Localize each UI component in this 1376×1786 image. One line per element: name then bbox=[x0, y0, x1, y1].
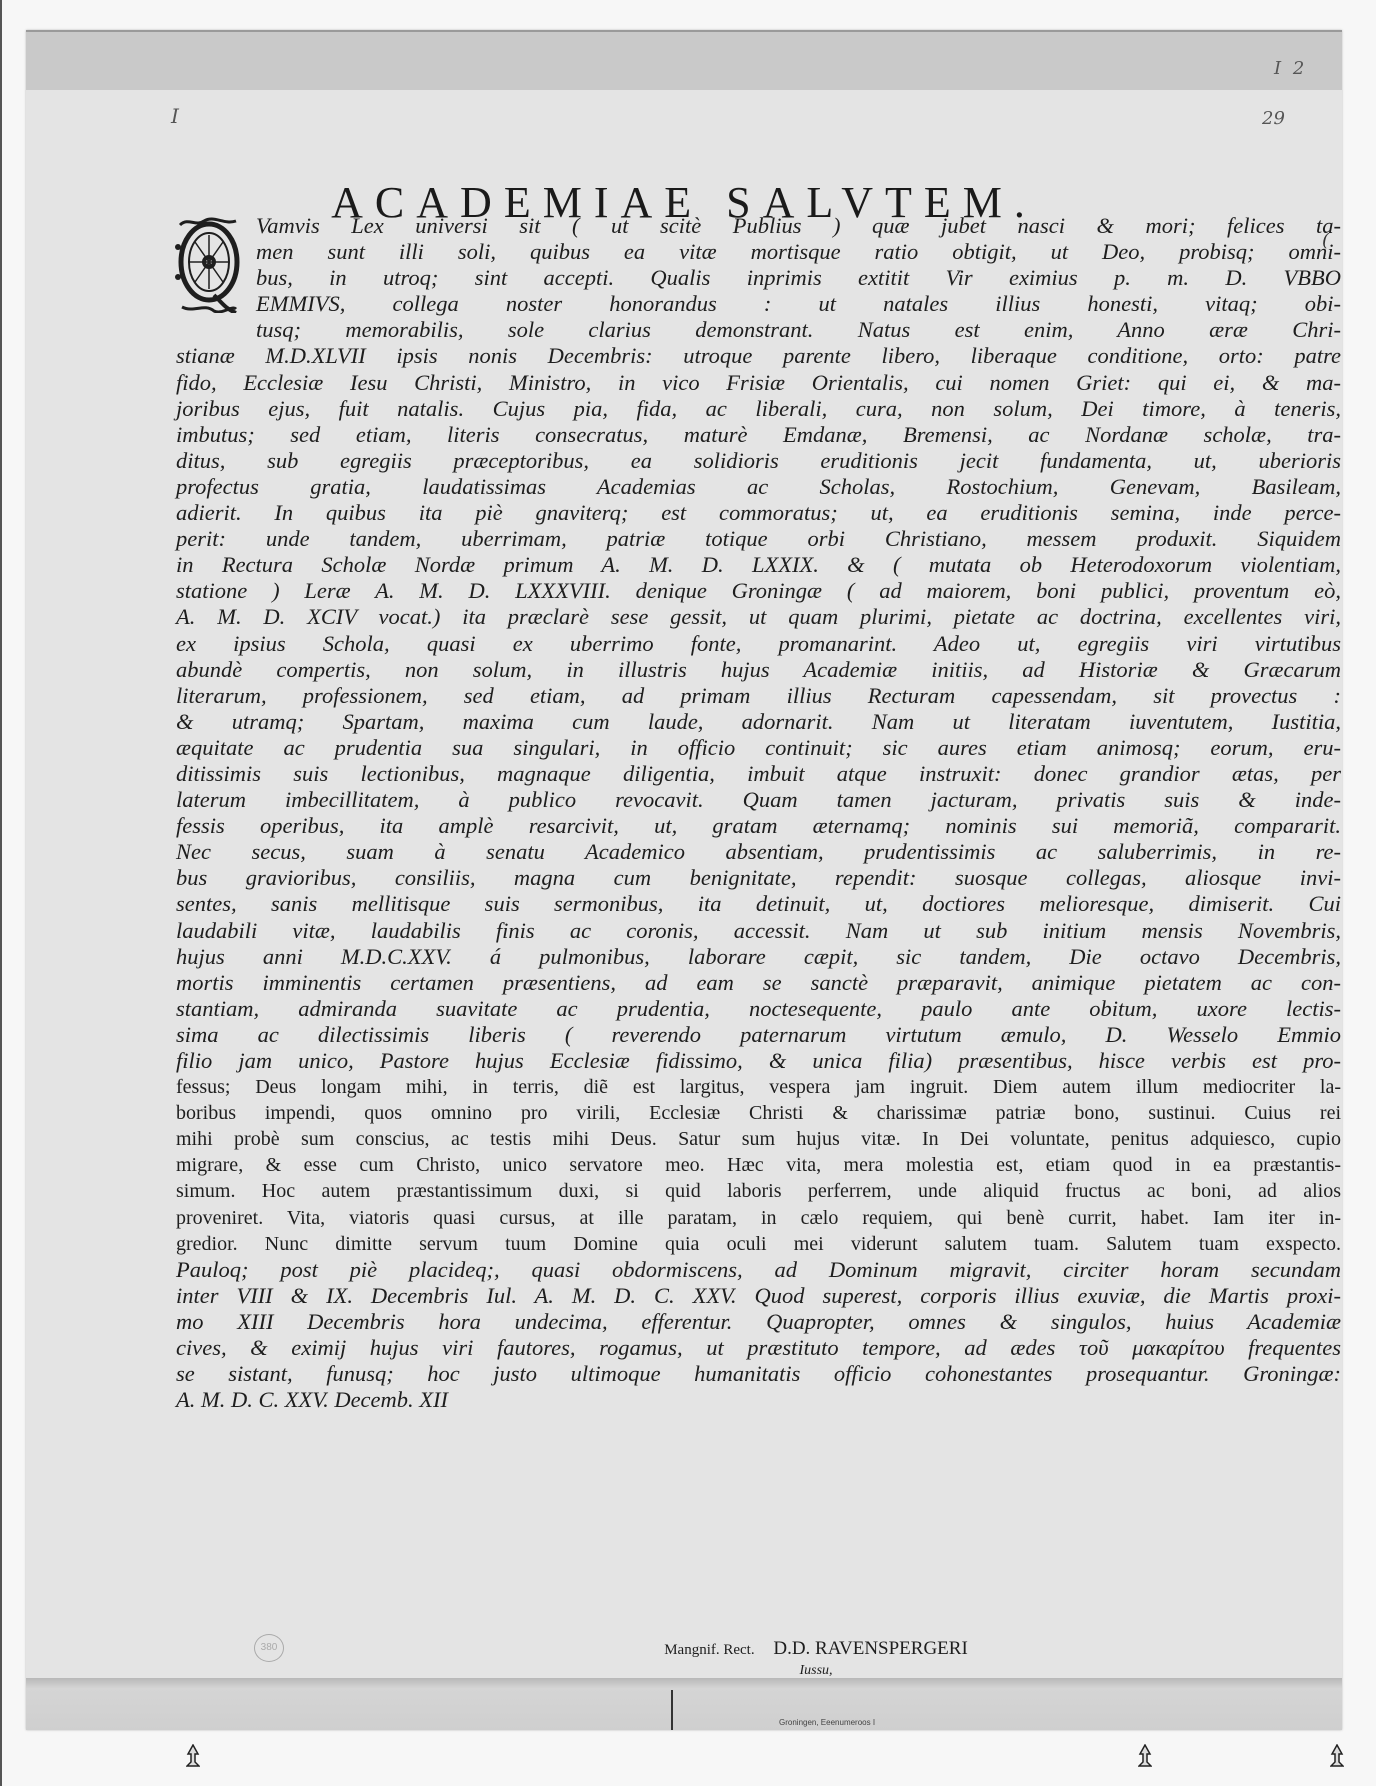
text-line: joribus ejus, fuit natalis. Cujus pia, f… bbox=[176, 396, 1341, 422]
text-line: stianæ M.D.XLVII ipsis nonis Decembris: … bbox=[176, 343, 1341, 369]
text-line: sima ac dilectissimis liberis ( reverend… bbox=[176, 1022, 1341, 1048]
text-line: EMMIVS, collega noster honorandus : ut n… bbox=[176, 291, 1341, 317]
ornamental-dropcap-icon bbox=[174, 217, 240, 313]
text-line-quote: mihi probè sum conscius, ac testis mihi … bbox=[176, 1126, 1341, 1152]
signature-prefix: Mangnif. Rect. bbox=[664, 1642, 754, 1658]
text-line: A. M. D. XCIV vocat.) ita præclarè sese … bbox=[176, 604, 1341, 630]
document-body: Vamvis Lex universi sit ( ut scitè Publi… bbox=[176, 213, 1341, 1413]
text-line: se sistant, funusq; hoc justo ultimoque … bbox=[176, 1361, 1341, 1387]
text-line-quote: simum. Hoc autem præstantissimum duxi, s… bbox=[176, 1178, 1341, 1204]
text-line: ditus, sub egregiis præceptoribus, ea so… bbox=[176, 448, 1341, 474]
scanner-pin-icon bbox=[1138, 1744, 1152, 1768]
text-line: tusq; memorabilis, sole clarius demonstr… bbox=[176, 317, 1341, 343]
archive-stamp: 380 bbox=[254, 1634, 284, 1662]
scanner-pin-icon bbox=[186, 1744, 200, 1768]
text-line: sentes, sanis mellitisque suis sermonibu… bbox=[176, 891, 1341, 917]
text-line-quote: migrare, & esse cum Christo, unico serva… bbox=[176, 1152, 1341, 1178]
signature-rector: D.D. RAVENSPERGERI bbox=[773, 1638, 967, 1659]
text-line: æquitate ac prudentia sua singulari, in … bbox=[176, 735, 1341, 761]
text-line: bus gravioribus, consiliis, magna cum be… bbox=[176, 865, 1341, 891]
text-line: profectus gratia, laudatissimas Academia… bbox=[176, 474, 1341, 500]
text-line: men sunt illi soli, quibus ea vitæ morti… bbox=[176, 239, 1341, 265]
text-line: abundè compertis, non solum, in illustri… bbox=[176, 657, 1341, 683]
text-line: perit: unde tandem, uberrimam, patriæ to… bbox=[176, 526, 1341, 552]
text-line: hujus anni M.D.C.XXV. á pulmonibus, labo… bbox=[176, 944, 1341, 970]
text-line: ditissimis suis lectionibus, magnaque di… bbox=[176, 761, 1341, 787]
text-line: statione ) Leræ A. M. D. LXXXVIII. deniq… bbox=[176, 578, 1341, 604]
text-line: inter VIII & IX. Decembris Iul. A. M. D.… bbox=[176, 1283, 1341, 1309]
text-line: ex ipsius Schola, quasi ex uberrimo font… bbox=[176, 631, 1341, 657]
text-line-date: A. M. D. C. XXV. Decemb. XII bbox=[176, 1387, 1341, 1413]
text-line-quote: boribus impendi, quos omnino pro virili,… bbox=[176, 1100, 1341, 1126]
text-line: cives, & eximij hujus viri fautores, rog… bbox=[176, 1335, 1341, 1361]
document-sheet: I I 2 29 ( ACADEMIAE SALVTEM. Vamvis Lex… bbox=[26, 30, 1342, 1730]
scan-left-edge bbox=[0, 0, 2, 1786]
text-line: laterum imbecillitatem, à publico revoca… bbox=[176, 787, 1341, 813]
text-line: bus, in utroq; sint accepti. Qualis inpr… bbox=[176, 265, 1341, 291]
text-line: Vamvis Lex universi sit ( ut scitè Publi… bbox=[176, 213, 1341, 239]
text-line: mortis imminentis certamen præsentiens, … bbox=[176, 970, 1341, 996]
scanner-pin-icon bbox=[1330, 1744, 1344, 1768]
margin-note-top-right-2: 29 bbox=[1262, 108, 1285, 129]
text-line: fido, Ecclesiæ Iesu Christi, Ministro, i… bbox=[176, 370, 1341, 396]
text-line: in Rectura Scholæ Nordæ primum A. M. D. … bbox=[176, 552, 1341, 578]
text-line: stantiam, admiranda suavitate ac prudent… bbox=[176, 996, 1341, 1022]
text-line: adierit. In quibus ita piè gnaviterq; es… bbox=[176, 500, 1341, 526]
text-line: Nec secus, suam à senatu Academico absen… bbox=[176, 839, 1341, 865]
text-line-quote: proveniret. Vita, viatoris quasi cursus,… bbox=[176, 1205, 1341, 1231]
archive-caption: Groningen, Eeenumeroos I bbox=[779, 1718, 875, 1727]
text-line: laudabili vitæ, laudabilis finis ac coro… bbox=[176, 918, 1341, 944]
text-line: literarum, professionem, sed etiam, ad p… bbox=[176, 683, 1341, 709]
text-line: fessis operibus, ita amplè resarcivit, u… bbox=[176, 813, 1341, 839]
sheet-top-shadow bbox=[26, 30, 1342, 90]
margin-note-top-left: I bbox=[171, 104, 179, 128]
text-line-quote: gredior. Nunc dimitte servum tuum Domine… bbox=[176, 1231, 1341, 1257]
text-line: filio jam unico, Pastore hujus Ecclesiæ … bbox=[176, 1048, 1341, 1074]
margin-note-top-right-1: I 2 bbox=[1274, 58, 1307, 79]
text-line: & utramq; Spartam, maxima cum laude, ado… bbox=[176, 709, 1341, 735]
text-line: mo XIII Decembris hora undecima, efferen… bbox=[176, 1309, 1341, 1335]
text-line: Pauloq; post piè placideq;, quasi obdorm… bbox=[176, 1257, 1341, 1283]
text-line-quote: fessus; Deus longam mihi, in terris, diẽ… bbox=[176, 1074, 1341, 1100]
binding-divider bbox=[671, 1690, 673, 1730]
signature-iussu: Iussu, bbox=[656, 1663, 976, 1679]
scanner-bottom-edge: Groningen, Eeenumeroos I bbox=[26, 1678, 1342, 1730]
text-line: imbutus; sed etiam, literis consecratus,… bbox=[176, 422, 1341, 448]
